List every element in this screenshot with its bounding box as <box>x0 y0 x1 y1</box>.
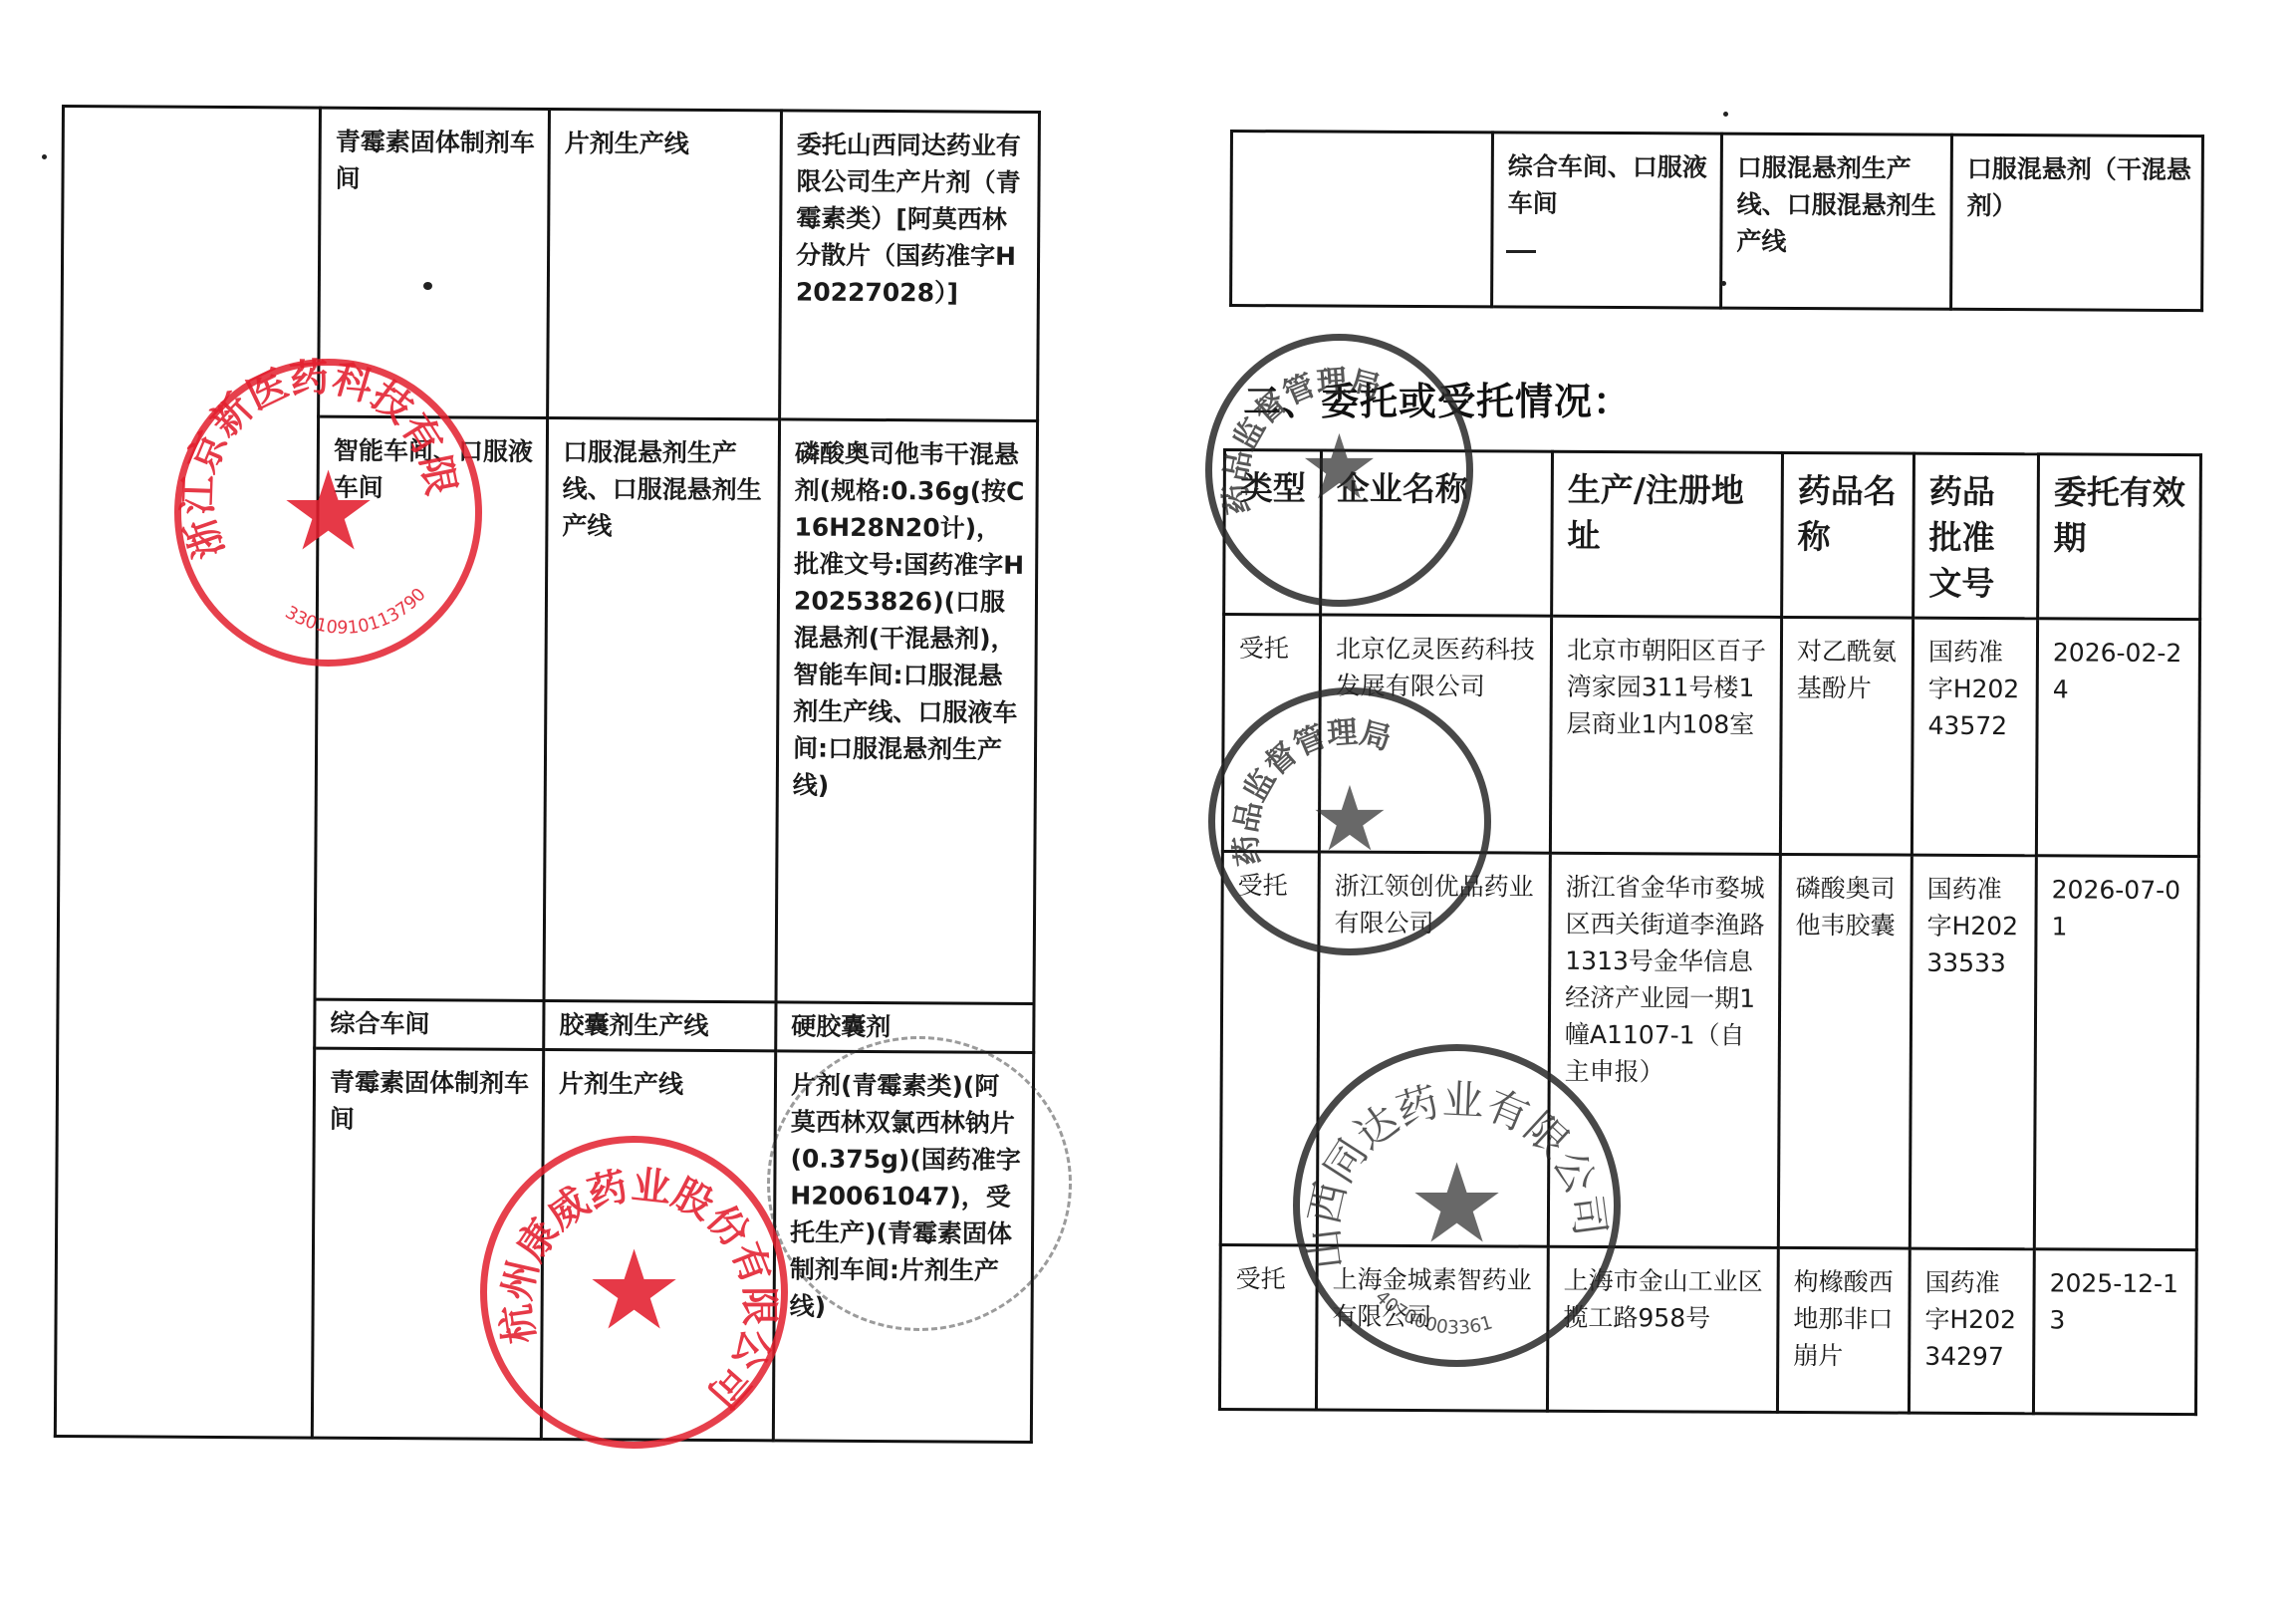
blank-cell <box>1231 132 1493 307</box>
approval-cell: 国药准字H20233533 <box>1910 855 2036 1249</box>
left-production-table: 青霉素固体制剂车间 片剂生产线 委托山西同达药业有限公司生产片剂（青霉素类）[阿… <box>54 105 1041 1444</box>
line-cell: 口服混悬剂生产线、口服混悬剂生产线 <box>544 418 780 1002</box>
scan-speck <box>1721 281 1726 286</box>
line-cell: 胶囊剂生产线 <box>544 1000 776 1050</box>
table-row: 受托 上海金城素智药业有限公司 上海市金山工业区揽工路958号 枸橼酸西地那非口… <box>1219 1244 2196 1414</box>
table-row: 青霉素固体制剂车间 片剂生产线 委托山西同达药业有限公司生产片剂（青霉素类）[阿… <box>62 107 1040 421</box>
scope-cell: 磷酸奥司他韦干混悬剂(规格:0.36g(按C16H28N20计)，批准文号:国药… <box>776 419 1038 1003</box>
line-cell: 片剂生产线 <box>541 1049 775 1441</box>
line-cell: 口服混悬剂生产线、口服混悬剂生产线 <box>1721 134 1952 309</box>
scan-speck <box>423 282 432 290</box>
type-cell: 受托 <box>1220 852 1319 1246</box>
header-drug: 药品名称 <box>1782 452 1914 618</box>
type-cell: 受托 <box>1219 1244 1317 1410</box>
type-cell: 受托 <box>1222 615 1320 853</box>
company-cell: 上海金城素智药业有限公司 <box>1316 1245 1548 1411</box>
approval-cell: 国药准字H20234297 <box>1909 1248 2034 1414</box>
drug-cell: 枸橼酸西地那非口崩片 <box>1777 1247 1910 1413</box>
scan-mark <box>1506 250 1536 253</box>
scan-speck <box>42 154 47 159</box>
address-cell: 浙江省金华市婺城区西关街道李渔路1313号金华信息经济产业园一期1幢A1107-… <box>1548 853 1780 1247</box>
workshop-cell: 青霉素固体制剂车间 <box>319 108 550 418</box>
workshop-cell: 智能车间、口服液车间 <box>315 416 548 1000</box>
company-cell: 北京亿灵医药科技发展有限公司 <box>1319 615 1551 853</box>
drug-cell: 磷酸奥司他韦胶囊 <box>1778 854 1912 1248</box>
workshop-cell: 综合车间 <box>315 999 544 1049</box>
scan-speck <box>1723 112 1728 117</box>
company-cell: 浙江领创优品药业有限公司 <box>1317 852 1550 1246</box>
validity-cell: 2025-12-13 <box>2033 1249 2196 1415</box>
validity-cell: 2026-02-24 <box>2036 619 2199 857</box>
scope-cell: 口服混悬剂（干混悬剂） <box>1951 135 2203 310</box>
header-address: 生产/注册地址 <box>1552 451 1783 617</box>
address-cell: 上海市金山工业区揽工路958号 <box>1547 1246 1778 1412</box>
scope-cell: 硬胶囊剂 <box>776 1002 1034 1052</box>
right-page: 综合车间、口服液车间 口服混悬剂生产线、口服混悬剂生产线 口服混悬剂（干混悬剂）… <box>1096 0 2296 1616</box>
header-type: 类型 <box>1224 450 1322 616</box>
table-header-row: 类型 企业名称 生产/注册地址 药品名称 药品批准文号 委托有效期 <box>1224 450 2201 620</box>
address-cell: 北京市朝阳区百子湾家园311号楼1层商业1内108室 <box>1550 616 1781 854</box>
table-row: 受托 北京亿灵医药科技发展有限公司 北京市朝阳区百子湾家园311号楼1层商业1内… <box>1222 615 2199 857</box>
commission-table: 类型 企业名称 生产/注册地址 药品名称 药品批准文号 委托有效期 受托 北京亿… <box>1218 448 2202 1416</box>
validity-cell: 2026-07-01 <box>2034 856 2198 1250</box>
left-page: 青霉素固体制剂车间 片剂生产线 委托山西同达药业有限公司生产片剂（青霉素类）[阿… <box>0 0 1096 1616</box>
scope-cell: 委托山西同达药业有限公司生产片剂（青霉素类）[阿莫西林分散片（国药准字H2022… <box>780 111 1040 421</box>
workshop-cell: 青霉素固体制剂车间 <box>312 1048 543 1440</box>
approval-cell: 国药准字H20243572 <box>1912 618 2037 856</box>
scope-cell: 片剂(青霉素类)(阿莫西林双氯西林钠片(0.375g)(国药准字H2006104… <box>773 1050 1033 1442</box>
blank-cell <box>55 107 320 1439</box>
table-row: 受托 浙江领创优品药业有限公司 浙江省金华市婺城区西关街道李渔路1313号金华信… <box>1220 852 2198 1250</box>
workshop-cell: 综合车间、口服液车间 <box>1492 133 1722 308</box>
right-top-table: 综合车间、口服液车间 口服混悬剂生产线、口服混悬剂生产线 口服混悬剂（干混悬剂） <box>1229 130 2204 312</box>
section-title: 二、委托或受托情况： <box>1243 371 1632 425</box>
header-validity: 委托有效期 <box>2038 454 2201 620</box>
line-cell: 片剂生产线 <box>548 109 782 419</box>
drug-cell: 对乙酰氨基酚片 <box>1780 617 1913 855</box>
table-row: 综合车间、口服液车间 口服混悬剂生产线、口服混悬剂生产线 口服混悬剂（干混悬剂） <box>1231 132 2203 311</box>
header-company: 企业名称 <box>1321 450 1553 616</box>
header-approval: 药品批准文号 <box>1913 453 2039 619</box>
